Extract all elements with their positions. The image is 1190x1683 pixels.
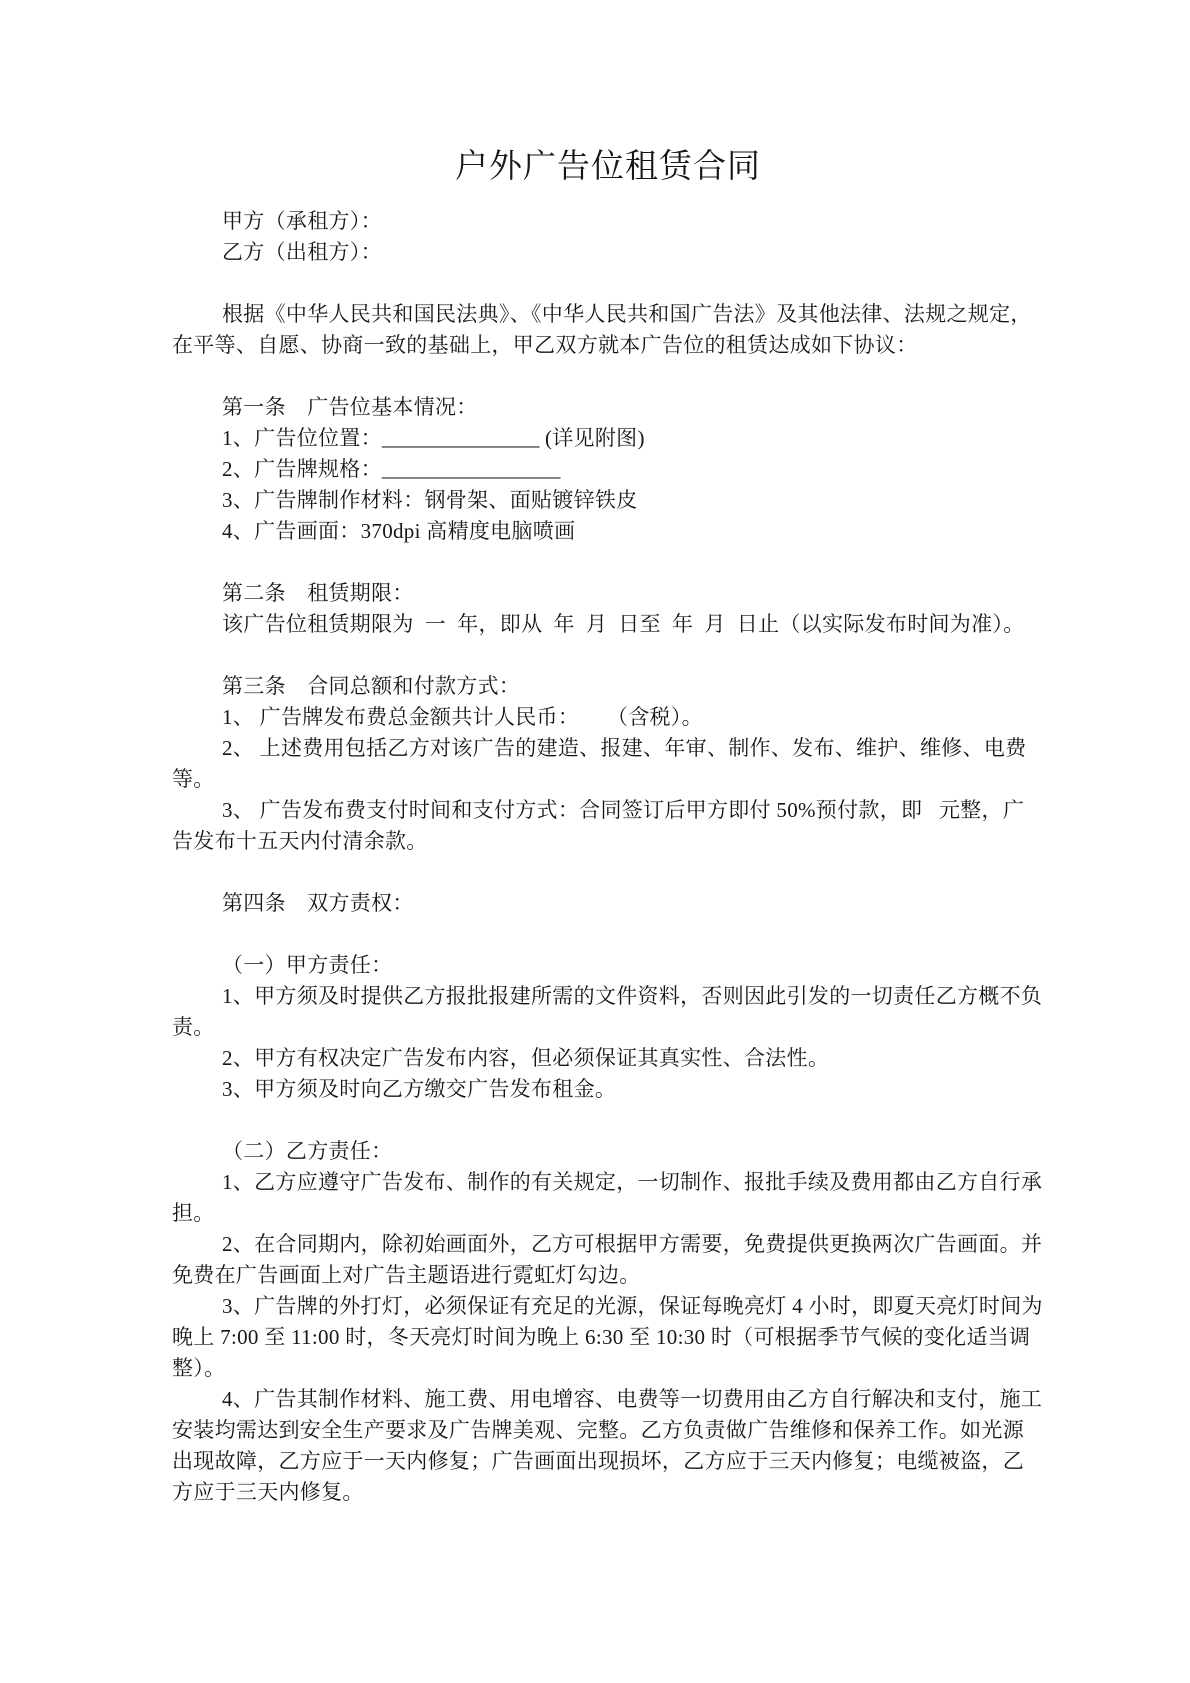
article3-heading: 第三条 合同总额和付款方式： (172, 671, 1044, 702)
article1-heading: 第一条 广告位基本情况： (172, 392, 1044, 423)
party-a-duty-1: 1、甲方须及时提供乙方报批报建所需的文件资料，否则因此引发的一切责任乙方概不负责… (172, 981, 1044, 1043)
fee-includes-item: 2、 上述费用包括乙方对该广告的建造、报建、年审、制作、发布、维护、维修、电费等… (172, 733, 1044, 795)
lease-term-paragraph: 该广告位租赁期限为 一 年，即从 年 月 日至 年 月 日止（以实际发布时间为准… (172, 609, 1044, 640)
ad-image-item: 4、广告画面：370dpi 高精度电脑喷画 (172, 516, 1044, 547)
document-title: 户外广告位租赁合同 (172, 146, 1044, 188)
ad-location-label: 1、广告位位置： (222, 426, 382, 450)
party-b-line: 乙方（出租方）： (172, 237, 1044, 268)
ad-spec-blank-line: _________________ (382, 457, 561, 481)
party-b-duty-4: 4、广告其制作材料、施工费、用电增容、电费等一切费用由乙方自行解决和支付，施工安… (172, 1384, 1044, 1508)
preamble-paragraph: 根据《中华人民共和国民法典》、《中华人民共和国广告法》及其他法律、法规之规定，在… (172, 299, 1044, 361)
ad-spec-label: 2、广告牌规格： (222, 457, 382, 481)
ad-location-suffix: (详见附图) (539, 426, 644, 450)
party-b-duties-heading: （二）乙方责任： (172, 1136, 1044, 1167)
ad-material-item: 3、广告牌制作材料：钢骨架、面贴镀锌铁皮 (172, 485, 1044, 516)
payment-terms-item: 3、 广告发布费支付时间和支付方式：合同签订后甲方即付 50%预付款，即 元整，… (172, 795, 1044, 857)
party-a-duties-heading: （一）甲方责任： (172, 950, 1044, 981)
fee-total-item: 1、 广告牌发布费总金额共计人民币： （含税）。 (172, 702, 1044, 733)
ad-spec-item: 2、广告牌规格：_________________ (172, 454, 1044, 485)
party-a-duty-3: 3、甲方须及时向乙方缴交广告发布租金。 (172, 1074, 1044, 1105)
article4-heading: 第四条 双方责权： (172, 888, 1044, 919)
article2-heading: 第二条 租赁期限： (172, 578, 1044, 609)
party-b-duty-1: 1、乙方应遵守广告发布、制作的有关规定，一切制作、报批手续及费用都由乙方自行承担… (172, 1167, 1044, 1229)
contract-document-page: 户外广告位租赁合同 甲方（承租方）： 乙方（出租方）： 根据《中华人民共和国民法… (0, 0, 1190, 1683)
ad-location-item: 1、广告位位置：_______________ (详见附图) (172, 423, 1044, 454)
party-a-duty-2: 2、甲方有权决定广告发布内容，但必须保证其真实性、合法性。 (172, 1043, 1044, 1074)
party-b-duty-2: 2、在合同期内，除初始画面外，乙方可根据甲方需要，免费提供更换两次广告画面。并免… (172, 1229, 1044, 1291)
ad-location-blank-line: _______________ (382, 426, 540, 450)
party-b-duty-3: 3、广告牌的外打灯，必须保证有充足的光源，保证每晚亮灯 4 小时，即夏天亮灯时间… (172, 1291, 1044, 1384)
party-a-line: 甲方（承租方）： (172, 206, 1044, 237)
